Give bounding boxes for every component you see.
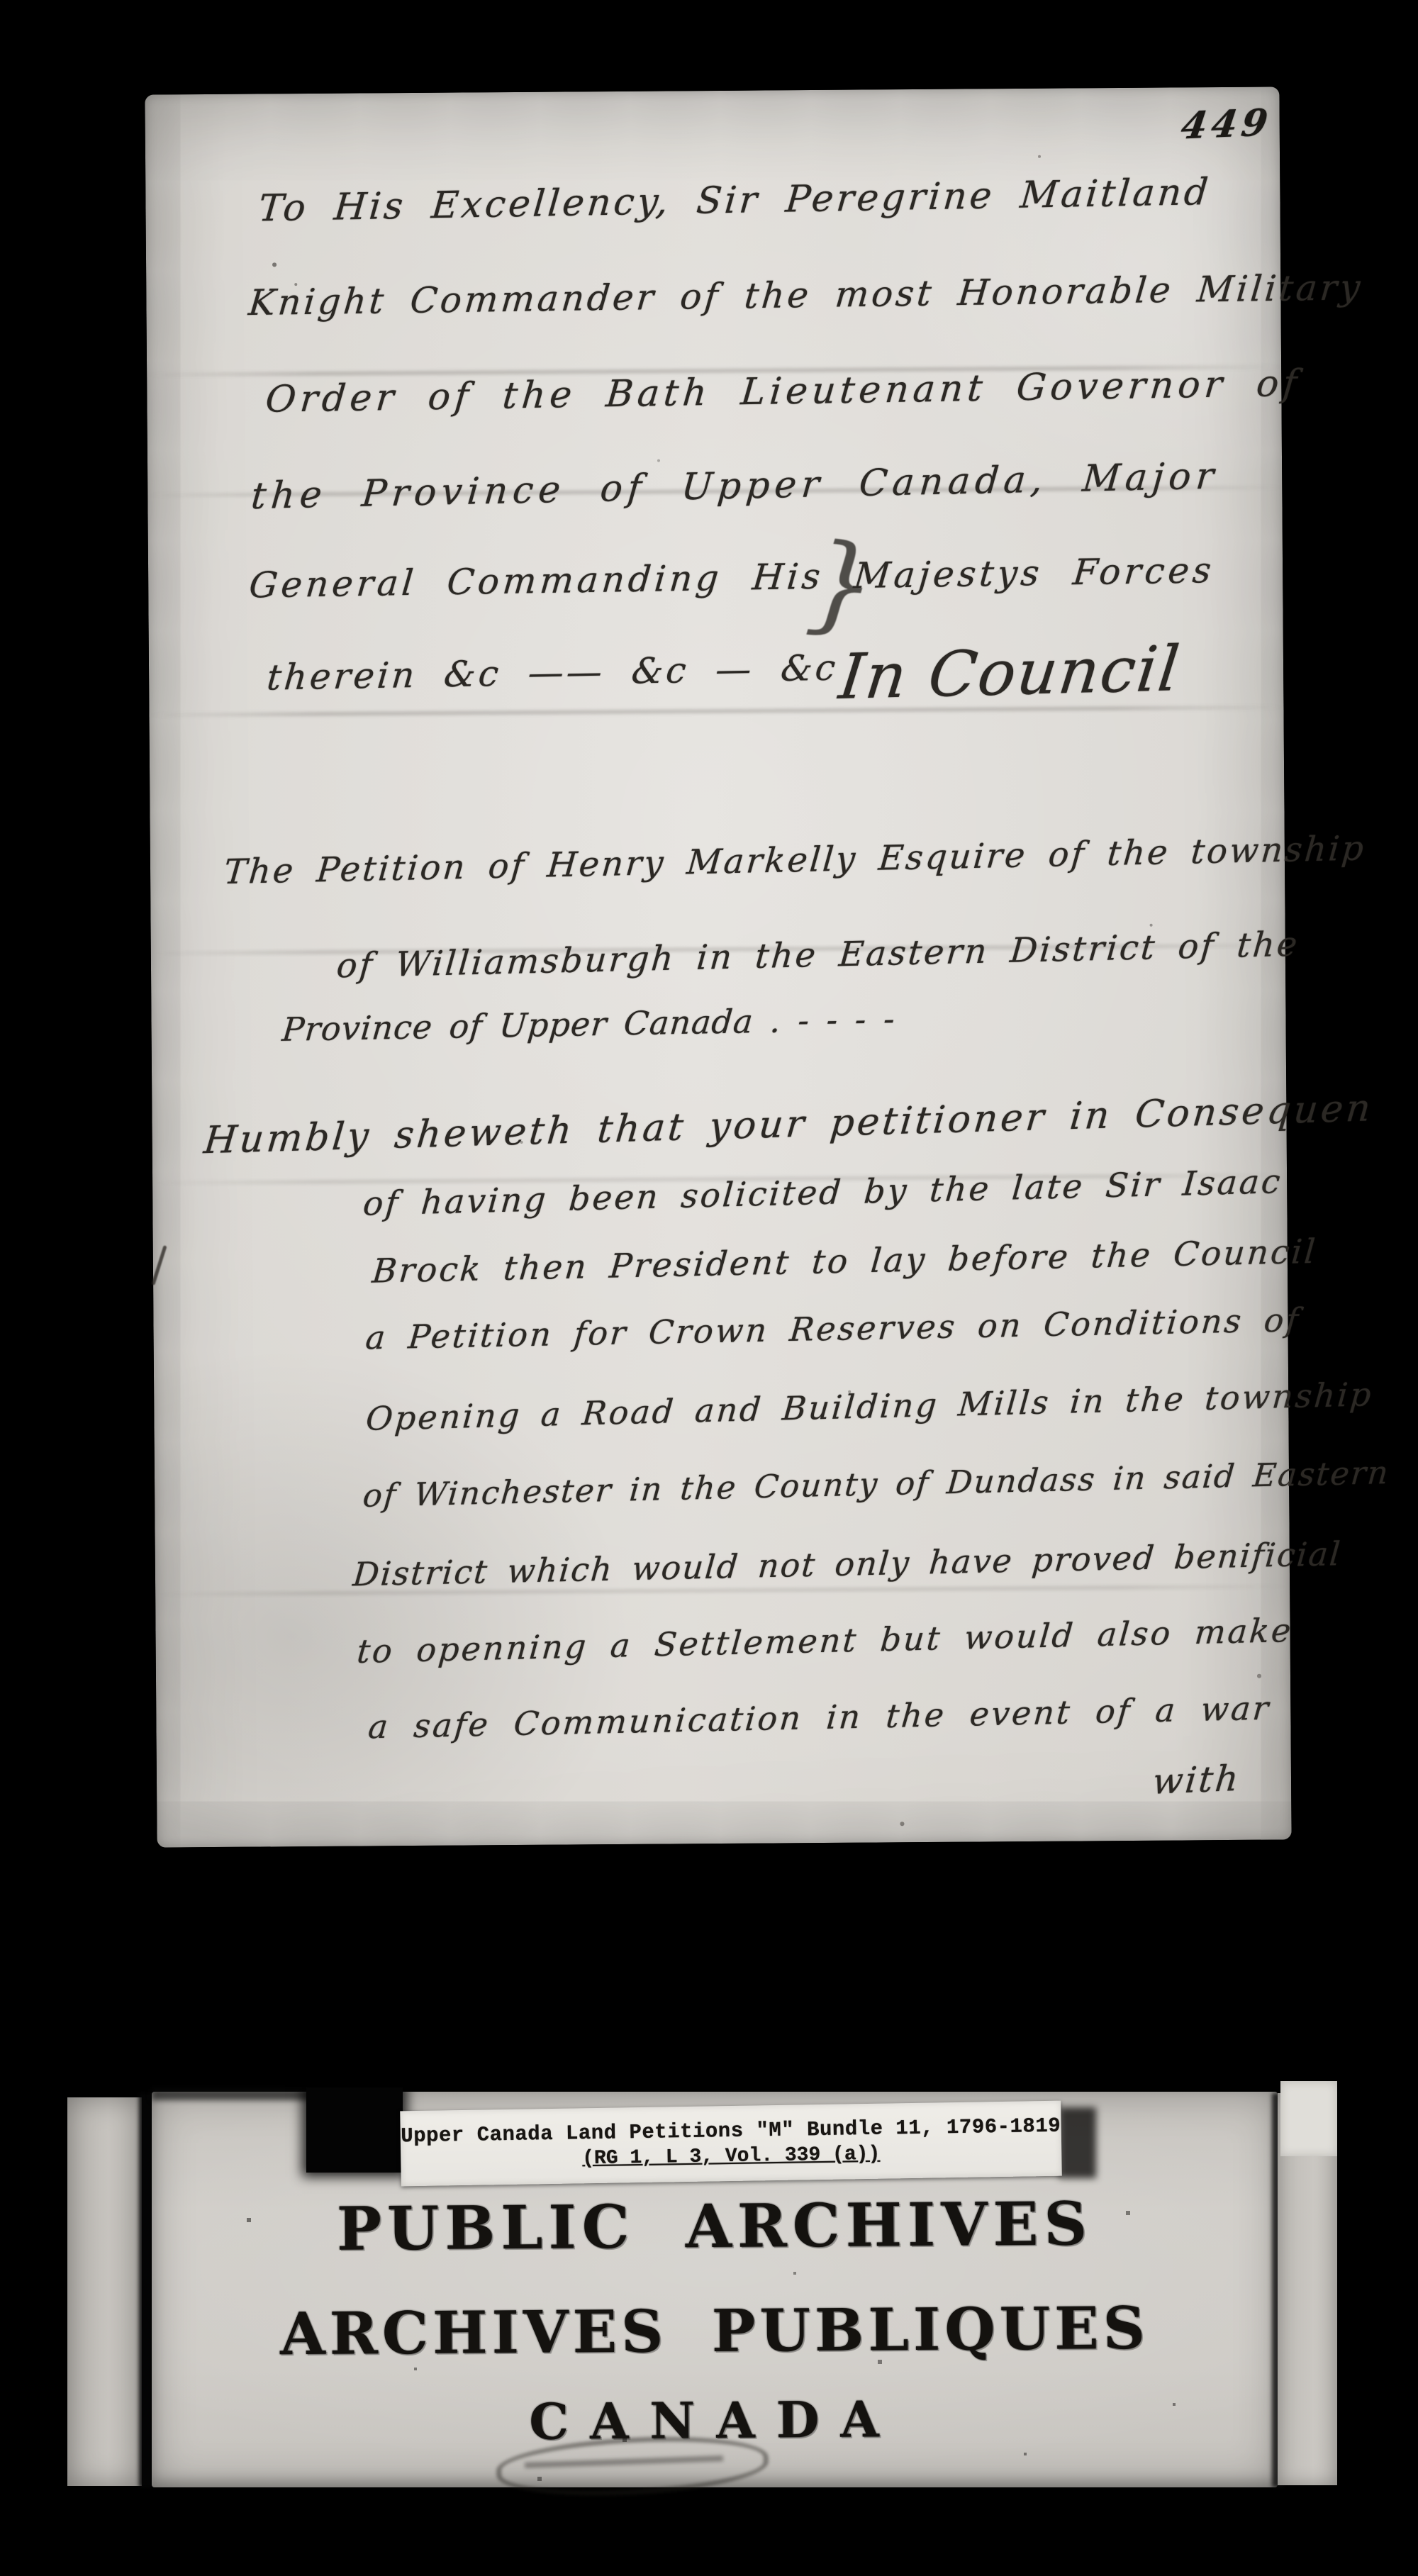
card-edge-shadow <box>152 2089 315 2100</box>
petition-page: 449 To His Excellency, Sir Peregrine Mai… <box>145 87 1291 1847</box>
handwriting-line: of Winchester in the County of Dundass i… <box>362 1454 1391 1515</box>
handwriting-line: with <box>1151 1758 1242 1802</box>
handwriting-line: Brock then President to lay before the C… <box>371 1232 1319 1291</box>
page-number: 449 <box>1178 101 1274 147</box>
handwriting-line: In Council <box>836 632 1185 713</box>
handwriting-line: Opening a Road and Building Mills in the… <box>364 1375 1375 1438</box>
brace-flourish: } <box>802 520 881 649</box>
paper-crease <box>155 1584 1290 1596</box>
card-white-tab <box>1280 2081 1337 2156</box>
handwriting-line: therein &c —— &c — &c <box>265 647 839 698</box>
card-blotch <box>1059 2107 1096 2178</box>
ink-specks <box>145 95 146 96</box>
handwriting-line: Humbly sheweth that your petitioner in C… <box>202 1086 1375 1162</box>
handwriting-line: to openning a Settlement but would also … <box>355 1611 1294 1671</box>
handwriting-line: of having been solicited by the late Sir… <box>362 1162 1284 1224</box>
card-left-strip <box>67 2097 142 2486</box>
microfilm-scan: 449 To His Excellency, Sir Peregrine Mai… <box>0 0 1418 2576</box>
archive-title-french: ARCHIVES PUBLIQUES <box>152 2293 1278 2369</box>
catalog-label: Upper Canada Land Petitions "M" Bundle 1… <box>400 2101 1062 2187</box>
handwriting-line: of Williamsburgh in the Eastern District… <box>335 925 1301 986</box>
card-specks <box>0 0 1 1</box>
catalog-label-line2: (RG 1, L 3, Vol. 339 (a)) <box>582 2143 881 2170</box>
catalog-label-line1: Upper Canada Land Petitions "M" Bundle 1… <box>401 2114 1061 2148</box>
card-crease <box>139 2093 152 2487</box>
handwriting-line: General Commanding His Majestys Forces <box>247 550 1216 606</box>
card-notch <box>306 2087 403 2173</box>
archive-title-english: PUBLIC ARCHIVES <box>152 2187 1278 2265</box>
handwriting-line: To His Excellency, Sir Peregrine Maitlan… <box>257 171 1212 230</box>
handwriting-line: a safe Communication in the event of a w… <box>367 1689 1272 1746</box>
handwriting-line: Province of Upper Canada . - - - - <box>281 1000 897 1049</box>
handwriting-line: the Province of Upper Canada, Major <box>250 455 1220 518</box>
handwriting-line: a Petition for Crown Reserves on Conditi… <box>364 1300 1302 1356</box>
handwriting-line: Knight Commander of the most Honorable M… <box>247 267 1364 323</box>
paper-crease <box>149 705 1283 717</box>
handwriting-line: The Petition of Henry Markelly Esquire o… <box>223 828 1368 892</box>
pen-mark <box>151 1245 167 1286</box>
